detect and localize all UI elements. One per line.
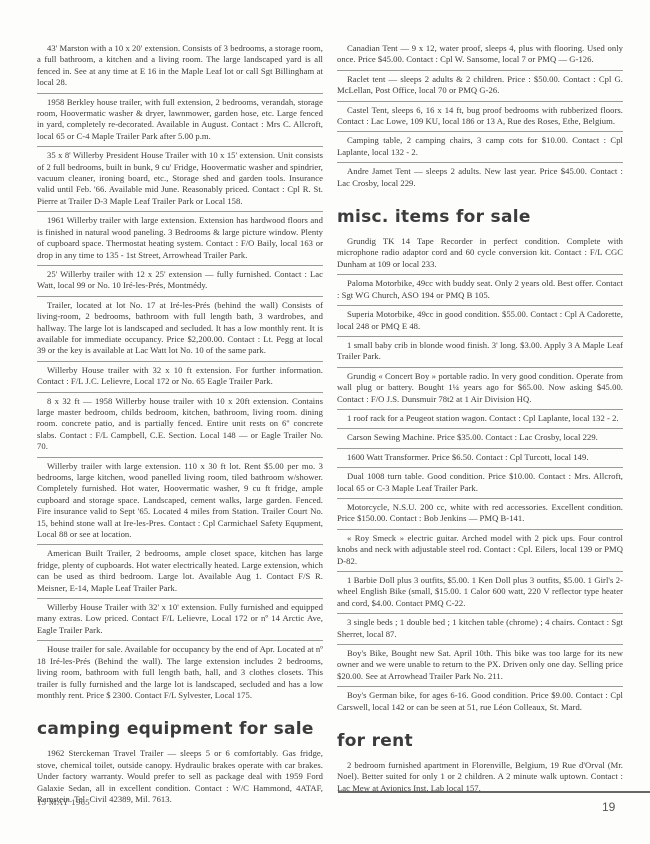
classified-ad: Willerby trailer with large extension. 1… (37, 458, 323, 546)
classified-ad: 1961 Willerby trailer with large extensi… (37, 212, 323, 266)
classified-ad: House trailer for sale. Available for oc… (37, 641, 323, 705)
classified-ad: 43' Marston with a 10 x 20' extension. C… (37, 40, 323, 94)
classified-ad: 1 small baby crib in blonde wood finish.… (337, 337, 623, 368)
classified-ad: Willerby House Trailer with 32' x 10' ex… (37, 599, 323, 641)
classified-ad: Raclet tent — sleeps 2 adults & 2 childr… (337, 71, 623, 102)
section-heading-rent: for rent (337, 731, 623, 751)
classified-ad: Camping table, 2 camping chairs, 3 camp … (337, 132, 623, 163)
classified-ad: Dual 1008 turn table. Good condition. Pr… (337, 468, 623, 499)
classified-ad: 8 x 32 ft — 1958 Willerby house trailer … (37, 393, 323, 458)
section-heading-misc: misc. items for sale (337, 207, 623, 227)
left-column: 43' Marston with a 10 x 20' extension. C… (37, 40, 323, 809)
section-heading-camping: camping equipment for sale (37, 719, 323, 739)
classified-ad: Boy's Bike, Bought new Sat. April 10th. … (337, 645, 623, 687)
classified-ad: 1958 Berkley house trailer, with full ex… (37, 94, 323, 148)
classified-ad: Superia Motorbike, 49cc in good conditio… (337, 306, 623, 337)
classified-ad: Castel Tent, sleeps 6, 16 x 14 ft, bug p… (337, 102, 623, 133)
classified-ad: 1600 Watt Transformer. Price $6.50. Cont… (337, 449, 623, 468)
classified-ad: 35 x 8' Willerby President House Trailer… (37, 147, 323, 212)
classified-ad: Boy's German bike, for ages 6-16. Good c… (337, 687, 623, 717)
classified-ad: Trailer, located at lot No. 17 at Iré-le… (37, 297, 323, 362)
classified-ad: Carson Sewing Machine. Price $35.00. Con… (337, 429, 623, 448)
classified-ad: 1 roof rack for a Peugeot station wagon.… (337, 410, 623, 429)
classified-ad: 25' Willerby trailer with 12 x 25' exten… (37, 266, 323, 297)
footer-rule (338, 791, 650, 793)
classified-ad: Grundig TK 14 Tape Recorder in perfect c… (337, 233, 623, 275)
classified-ad: « Roy Smeck » electric guitar. Arched mo… (337, 530, 623, 572)
right-column: Canadian Tent — 9 x 12, water proof, sle… (337, 40, 623, 798)
issue-date: 15 MAY 1965 (37, 797, 90, 807)
classified-ad: American Built Trailer, 2 bedrooms, ampl… (37, 545, 323, 599)
classified-ad: Canadian Tent — 9 x 12, water proof, sle… (337, 40, 623, 71)
classified-ad: 3 single beds ; 1 double bed ; 1 kitchen… (337, 614, 623, 645)
classified-ad: 1 Barbie Doll plus 3 outfits, $5.00. 1 K… (337, 572, 623, 614)
classified-ad: Motorcycle, N.S.U. 200 cc, white with re… (337, 499, 623, 530)
classified-ad: Paloma Motorbike, 49cc with buddy seat. … (337, 275, 623, 306)
classified-ad: Andre Jamet Tent — sleeps 2 adults. New … (337, 163, 623, 193)
classified-ad: Grundig « Concert Boy » portable radio. … (337, 368, 623, 410)
page-number: 19 (602, 800, 615, 814)
classified-ad: Willerby House trailer with 32 x 10 ft e… (37, 362, 323, 393)
